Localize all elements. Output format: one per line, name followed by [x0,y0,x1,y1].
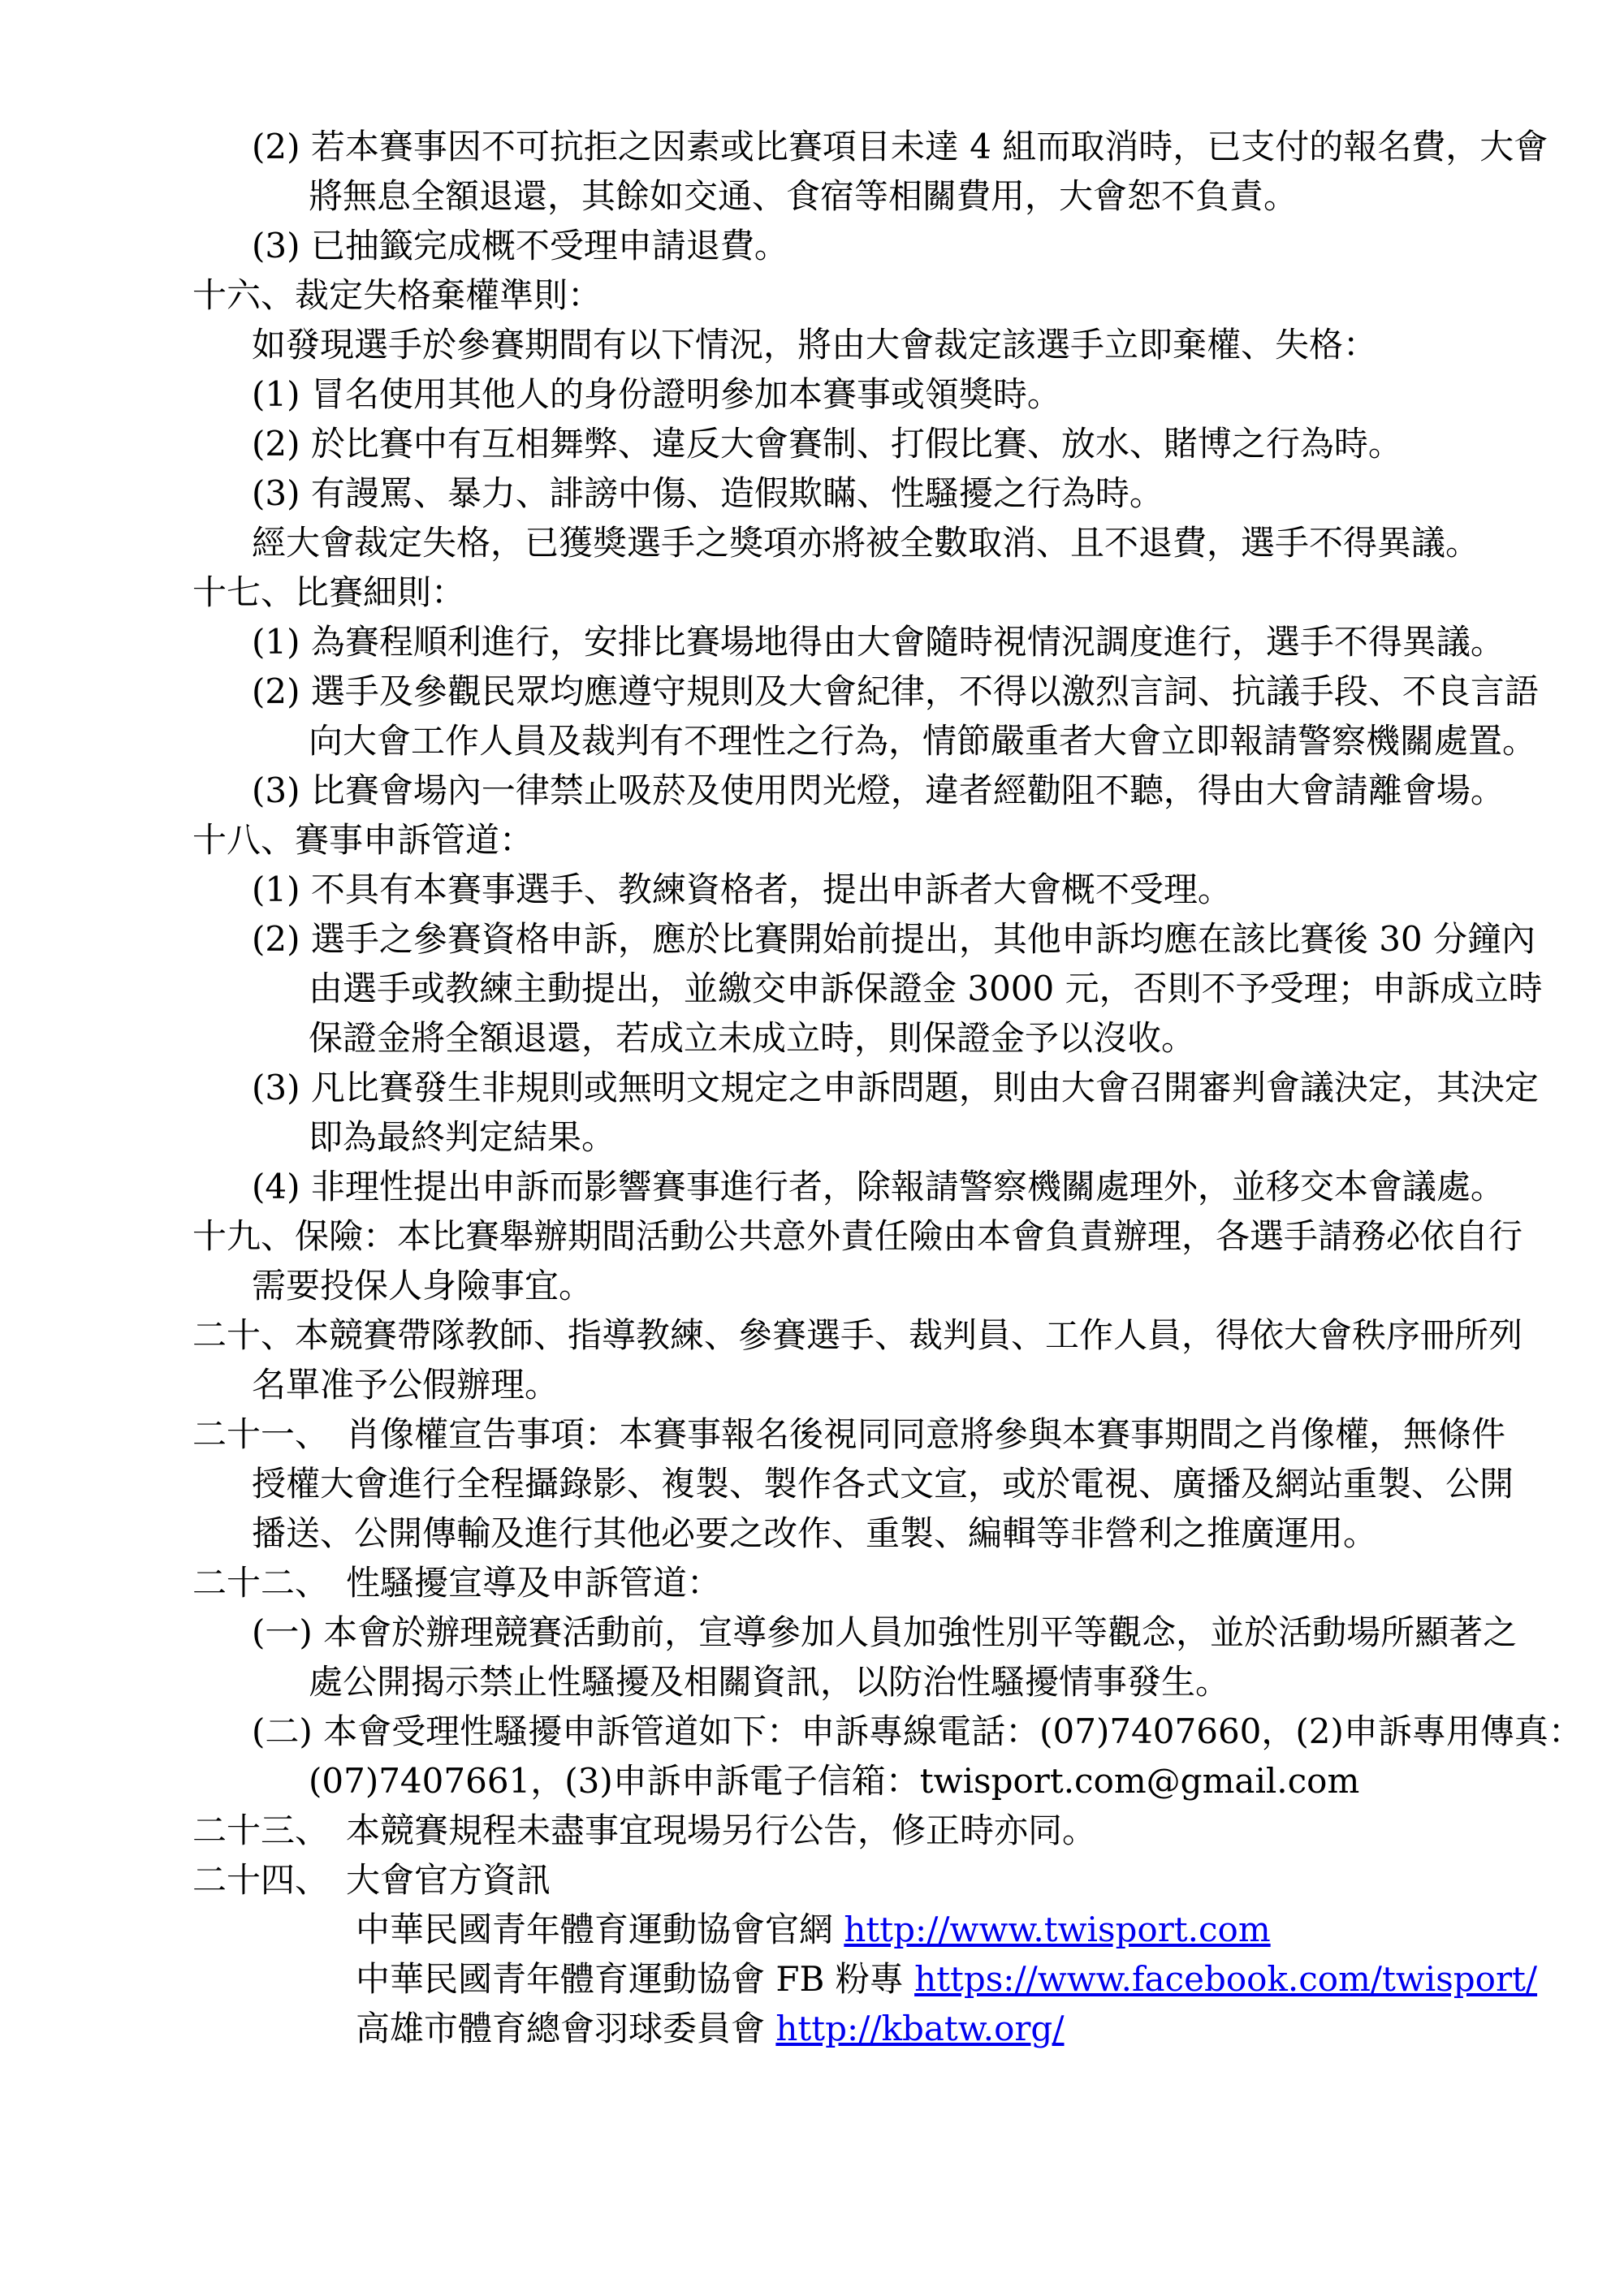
document-line: (2) 選手及參觀民眾均應遵守規則及大會紀律，不得以激烈言詞、抗議手段、不良言語 [252,667,1539,716]
document-line: 二十一、 肖像權宣告事項：本賽事報名後視同同意將參與本賽事期間之肖像權，無條件 [192,1409,1505,1459]
line-text: 如發現選手於參賽期間有以下情況，將由大會裁定該選手立即棄權、失格： [252,325,1377,365]
line-text: 名單准予公假辦理。 [252,1365,559,1405]
line-text: (2) 選手之參賽資格申訴，應於比賽開始前提出，其他申訴均應在該比賽後 30 分… [252,919,1535,959]
document-line: 中華民國青年體育運動協會官網 http://www.twisport.com [356,1905,1271,1954]
line-text: 二十二、 性騷擾宣導及申訴管道： [192,1563,721,1603]
document-line: 名單准予公假辦理。 [252,1360,559,1409]
twisport-website-link[interactable]: http://www.twisport.com [844,1910,1270,1949]
kbatw-website-link[interactable]: http://kbatw.org/ [775,2009,1064,2048]
line-text: 將無息全額退還，其餘如交通、食宿等相關費用，大會恕不負責。 [309,176,1298,216]
line-text: 二十四、 大會官方資訊 [192,1860,551,1900]
document-line: (4) 非理性提出申訴而影響賽事進行者，除報請警察機關處理外，並移交本會議處。 [252,1162,1505,1211]
line-text: 十七、比賽細則： [192,572,465,612]
line-text: 二十三、 本競賽規程未盡事宜現場另行公告，修正時亦同。 [192,1810,1096,1850]
line-text: 中華民國青年體育運動協會官網 [356,1910,844,1949]
line-text: 向大會工作人員及裁判有不理性之行為，情節嚴重者大會立即報請警察機關處置。 [309,721,1536,761]
line-text: 需要投保人身險事宜。 [252,1266,593,1306]
document-line: (3) 比賽會場內一律禁止吸菸及使用閃光燈，違者經勸阻不聽，得由大會請離會場。 [252,766,1505,815]
document-line: 二十四、 大會官方資訊 [192,1855,551,1905]
document-line: 即為最終判定結果。 [309,1112,615,1162]
twisport-facebook-link[interactable]: https://www.facebook.com/twisport/ [914,1959,1537,1999]
line-text: 即為最終判定結果。 [309,1117,615,1157]
line-text: 經大會裁定失格，已獲獎選手之獎項亦將被全數取消、且不退費，選手不得異議。 [252,523,1479,563]
line-text: 十六、裁定失格棄權準則： [192,275,602,315]
document-line: (3) 已抽籤完成概不受理申請退費。 [252,221,788,270]
document-line: 十九、保險：本比賽舉辦期間活動公共意外責任險由本會負責辦理，各選手請務必依自行 [192,1211,1522,1261]
document-line: (一) 本會於辦理競賽活動前，宣導參加人員加強性別平等觀念，並於活動場所顯著之 [252,1608,1517,1657]
document-line: 向大會工作人員及裁判有不理性之行為，情節嚴重者大會立即報請警察機關處置。 [309,716,1536,766]
document-line: 處公開揭示禁止性騷擾及相關資訊，以防治性騷擾情事發生。 [309,1657,1229,1707]
line-text: (3) 凡比賽發生非規則或無明文規定之申訴問題，則由大會召開審判會議決定，其決定 [252,1068,1539,1107]
document-line: 經大會裁定失格，已獲獎選手之獎項亦將被全數取消、且不退費，選手不得異議。 [252,518,1479,568]
document-page: (2) 若本賽事因不可抗拒之因素或比賽項目未達 4 組而取消時，已支付的報名費，… [0,0,1624,2296]
document-line: 高雄市體育總會羽球委員會 http://kbatw.org/ [356,2004,1064,2053]
document-line: (2) 若本賽事因不可抗拒之因素或比賽項目未達 4 組而取消時，已支付的報名費，… [252,122,1548,171]
line-text: (3) 有謾罵、暴力、誹謗中傷、造假欺瞞、性騷擾之行為時。 [252,473,1164,513]
document-line: (07)7407661，(3)申訴申訴電子信箱：twisport.com@gma… [309,1756,1359,1806]
line-text: (1) 冒名使用其他人的身份證明參加本賽事或領獎時。 [252,374,1061,414]
line-text: 保證金將全額退還，若成立未成立時，則保證金予以沒收。 [309,1018,1195,1058]
document-line: (2) 選手之參賽資格申訴，應於比賽開始前提出，其他申訴均應在該比賽後 30 分… [252,914,1535,964]
line-text: 授權大會進行全程攝錄影、複製、製作各式文宣，或於電視、廣播及網站重製、公開 [252,1464,1514,1504]
document-line: (1) 為賽程順利進行，安排比賽場地得由大會隨時視情況調度進行，選手不得異議。 [252,617,1505,667]
line-text: 二十一、 肖像權宣告事項：本賽事報名後視同同意將參與本賽事期間之肖像權，無條件 [192,1414,1505,1454]
document-line: (1) 冒名使用其他人的身份證明參加本賽事或領獎時。 [252,369,1061,419]
document-line: (3) 有謾罵、暴力、誹謗中傷、造假欺瞞、性騷擾之行為時。 [252,468,1164,518]
line-text: 由選手或教練主動提出，並繳交申訴保證金 3000 元，否則不予受理；申訴成立時 [309,969,1543,1008]
line-text: 二十、本競賽帶隊教師、指導教練、參賽選手、裁判員、工作人員，得依大會秩序冊所列 [192,1315,1522,1355]
document-line: (2) 於比賽中有互相舞弊、違反大會賽制、打假比賽、放水、賭博之行為時。 [252,419,1402,468]
line-text: (2) 選手及參觀民眾均應遵守規則及大會紀律，不得以激烈言詞、抗議手段、不良言語 [252,671,1539,711]
line-text: (二) 本會受理性騷擾申訴管道如下：申訴專線電話：(07)7407660，(2)… [252,1711,1583,1751]
line-text: (1) 為賽程順利進行，安排比賽場地得由大會隨時視情況調度進行，選手不得異議。 [252,622,1505,662]
document-line: 由選手或教練主動提出，並繳交申訴保證金 3000 元，否則不予受理；申訴成立時 [309,964,1543,1013]
document-line: 十七、比賽細則： [192,568,465,617]
document-line: 保證金將全額退還，若成立未成立時，則保證金予以沒收。 [309,1013,1195,1063]
document-line: (1) 不具有本賽事選手、教練資格者，提出申訴者大會概不受理。 [252,865,1232,914]
document-line: 十八、賽事申訴管道： [192,815,533,865]
document-line: (3) 凡比賽發生非規則或無明文規定之申訴問題，則由大會召開審判會議決定，其決定 [252,1063,1539,1112]
line-text: (1) 不具有本賽事選手、教練資格者，提出申訴者大會概不受理。 [252,870,1232,909]
line-text: 十八、賽事申訴管道： [192,820,533,860]
line-text: 高雄市體育總會羽球委員會 [356,2009,775,2048]
document-line: 播送、公開傳輸及進行其他必要之改作、重製、編輯等非營利之推廣運用。 [252,1508,1377,1558]
document-line: 二十三、 本競賽規程未盡事宜現場另行公告，修正時亦同。 [192,1806,1096,1855]
line-text: (2) 於比賽中有互相舞弊、違反大會賽制、打假比賽、放水、賭博之行為時。 [252,424,1402,464]
document-line: (二) 本會受理性騷擾申訴管道如下：申訴專線電話：(07)7407660，(2)… [252,1707,1583,1756]
document-line: 二十、本競賽帶隊教師、指導教練、參賽選手、裁判員、工作人員，得依大會秩序冊所列 [192,1310,1522,1360]
document-line: 二十二、 性騷擾宣導及申訴管道： [192,1558,721,1608]
document-line: 十六、裁定失格棄權準則： [192,270,602,320]
line-text: (07)7407661，(3)申訴申訴電子信箱：twisport.com@gma… [309,1761,1359,1801]
document-line: 授權大會進行全程攝錄影、複製、製作各式文宣，或於電視、廣播及網站重製、公開 [252,1459,1514,1508]
document-line: 中華民國青年體育運動協會 FB 粉專 https://www.facebook.… [356,1954,1537,2004]
line-text: (一) 本會於辦理競賽活動前，宣導參加人員加強性別平等觀念，並於活動場所顯著之 [252,1612,1517,1652]
line-text: (2) 若本賽事因不可抗拒之因素或比賽項目未達 4 組而取消時，已支付的報名費，… [252,127,1548,166]
document-line: 將無息全額退還，其餘如交通、食宿等相關費用，大會恕不負責。 [309,171,1298,221]
line-text: (4) 非理性提出申訴而影響賽事進行者，除報請警察機關處理外，並移交本會議處。 [252,1167,1505,1206]
line-text: 中華民國青年體育運動協會 FB 粉專 [356,1959,914,1999]
document-line: 需要投保人身險事宜。 [252,1261,593,1310]
line-text: (3) 已抽籤完成概不受理申請退費。 [252,226,788,265]
line-text: 處公開揭示禁止性騷擾及相關資訊，以防治性騷擾情事發生。 [309,1662,1229,1702]
document-line: 如發現選手於參賽期間有以下情況，將由大會裁定該選手立即棄權、失格： [252,320,1377,369]
line-text: 十九、保險：本比賽舉辦期間活動公共意外責任險由本會負責辦理，各選手請務必依自行 [192,1216,1522,1256]
line-text: 播送、公開傳輸及進行其他必要之改作、重製、編輯等非營利之推廣運用。 [252,1513,1377,1553]
line-text: (3) 比賽會場內一律禁止吸菸及使用閃光燈，違者經勸阻不聽，得由大會請離會場。 [252,770,1505,810]
